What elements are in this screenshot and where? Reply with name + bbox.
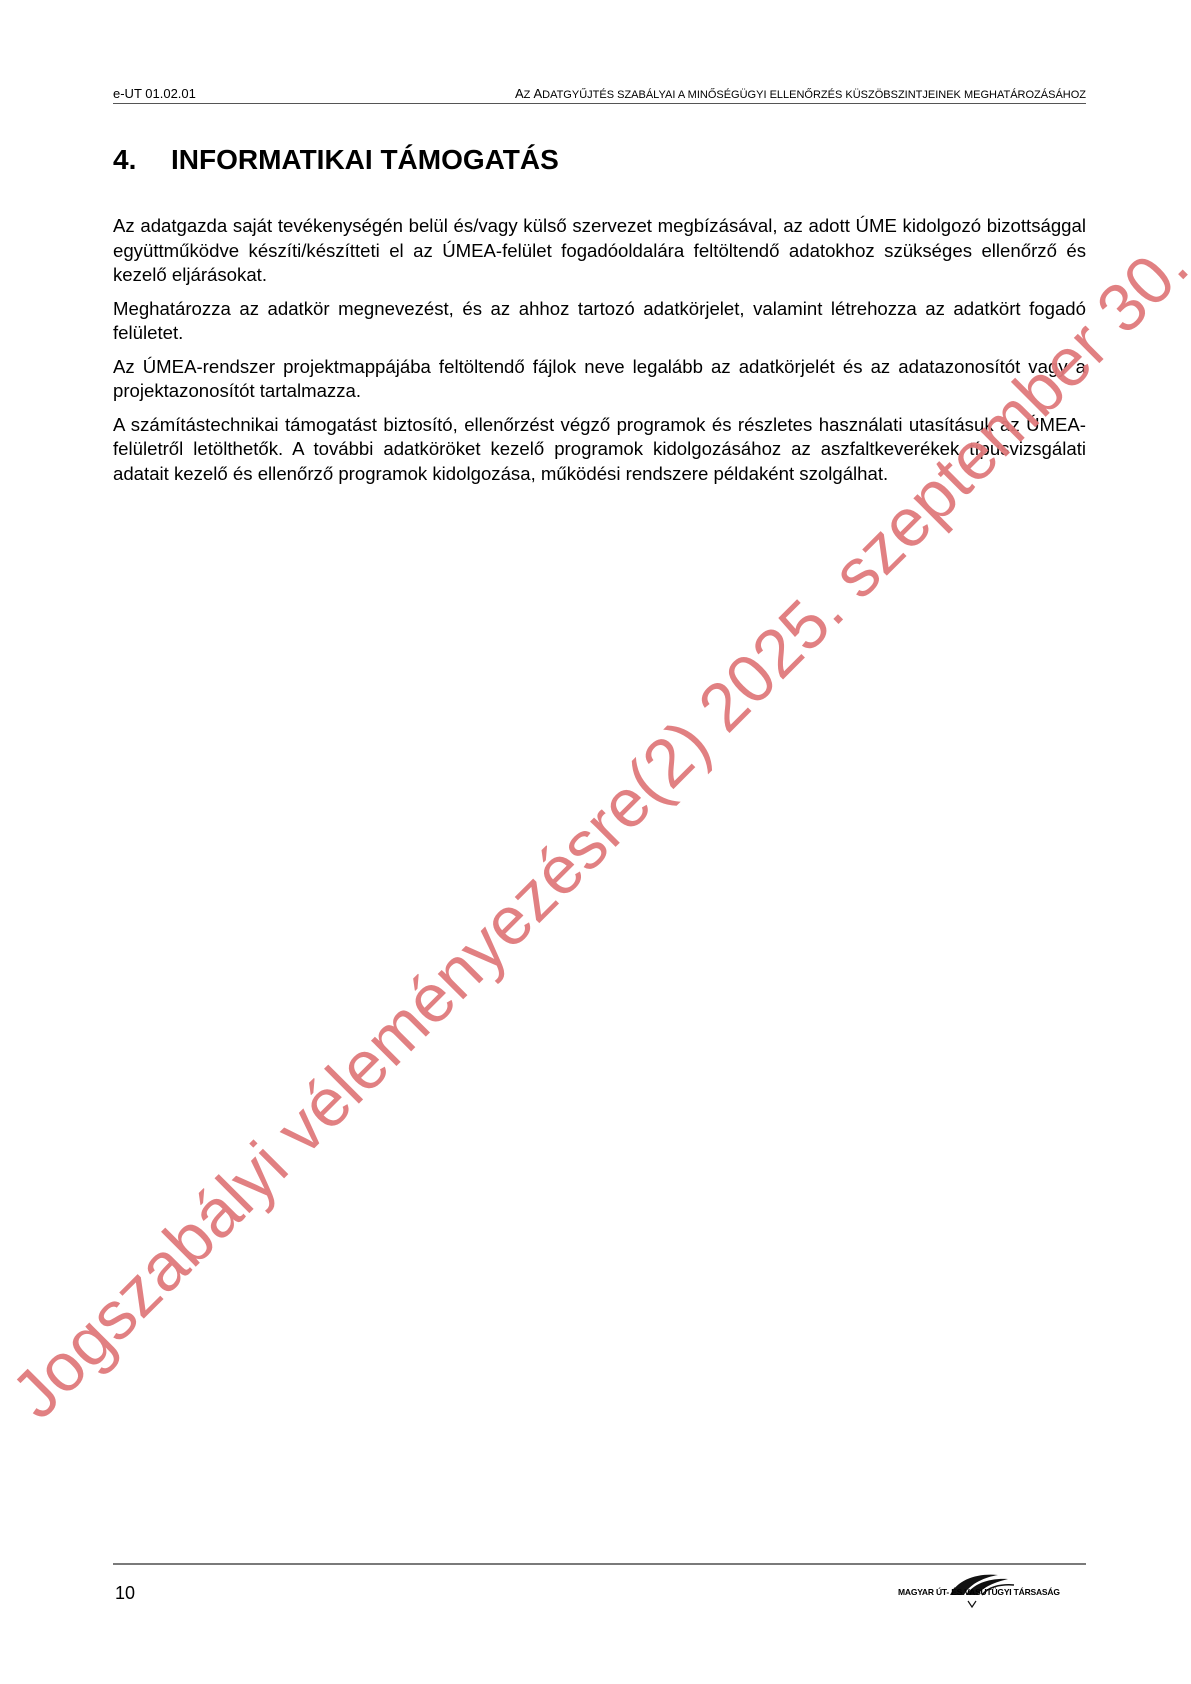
body-text: Az adatgazda saját tevékenységén belül é…	[113, 214, 1086, 495]
section-title: INFORMATIKAI TÁMOGATÁS	[171, 144, 559, 175]
paragraph: A számítástechnikai támogatást biztosító…	[113, 413, 1086, 487]
page-number: 10	[115, 1583, 135, 1604]
publisher-logo: MAGYAR ÚT- ÉS VASÚTÜGYI TÁRSASÁG	[898, 1565, 1068, 1615]
paragraph: Meghatározza az adatkör megnevezést, és …	[113, 297, 1086, 346]
document-code: e-UT 01.02.01	[113, 85, 196, 102]
page-header: e-UT 01.02.01 AZ ADATGYŰJTÉS SZABÁLYAI A…	[113, 84, 1086, 104]
paragraph: Az adatgazda saját tevékenységén belül é…	[113, 214, 1086, 288]
page-footer: 10 MAGYAR ÚT- ÉS VASÚTÜGYI TÁRSASÁG	[113, 1563, 1086, 1625]
paragraph: Az ÚMEA-rendszer projektmappájába feltöl…	[113, 355, 1086, 404]
publisher-name: MAGYAR ÚT- ÉS VASÚTÜGYI TÁRSASÁG	[898, 1587, 1060, 1597]
running-header-title: AZ ADATGYŰJTÉS SZABÁLYAI A MINŐSÉGÜGYI E…	[515, 85, 1086, 104]
section-number: 4.	[113, 143, 171, 177]
section-heading: 4.INFORMATIKAI TÁMOGATÁS	[113, 143, 559, 177]
